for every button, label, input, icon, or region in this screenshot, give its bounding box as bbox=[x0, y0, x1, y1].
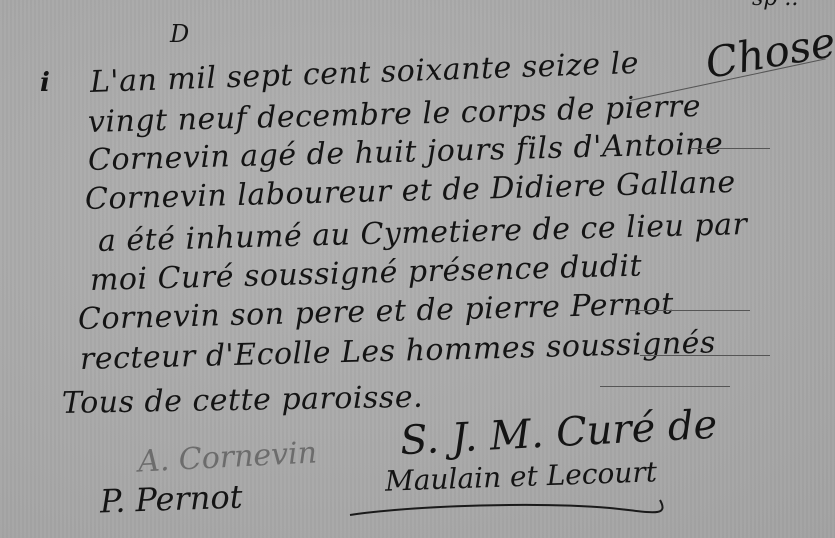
line-fill-rule bbox=[690, 148, 770, 149]
line-fill-rule bbox=[600, 386, 730, 387]
line-fill-rule bbox=[630, 310, 750, 311]
body-line-9: Tous de cette paroisse. bbox=[62, 380, 424, 421]
cure-signature: S. J. M. Curé de bbox=[399, 402, 718, 465]
body-line-5: a été inhumé au Cymetiere de ce lieu par bbox=[98, 207, 748, 259]
margin-mark-dot: i bbox=[40, 68, 50, 98]
line-fill-rule bbox=[640, 355, 770, 356]
margin-mark-d: D bbox=[170, 20, 189, 48]
signature-flourish bbox=[340, 490, 700, 530]
left-signature: P. Pernot bbox=[99, 478, 243, 521]
margin-note: Chose bbox=[702, 17, 835, 88]
faint-signature: A. Cornevin bbox=[137, 435, 318, 479]
scanned-register-page: sp .. D i Chose L'an mil sept cent soixa… bbox=[0, 0, 835, 538]
page-corner-fragment: sp .. bbox=[752, 0, 798, 11]
